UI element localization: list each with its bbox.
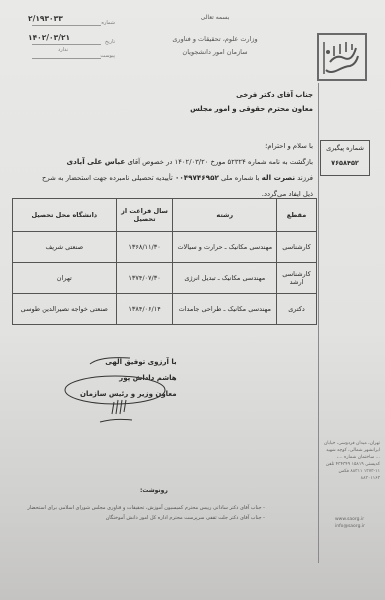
letter-number-label: شماره: [101, 20, 115, 26]
greeting: با سلام و احترام؛: [13, 138, 313, 154]
letter-date: ۱۴۰۲/۰۳/۲۱: [28, 33, 70, 42]
table-header-row: مقطع رشته سال فراغت از تحصیل دانشگاه محل…: [13, 199, 317, 232]
calligraphy-logo-icon: [320, 36, 364, 78]
tracking-number-box: شماره پیگیری ۷۶۵۸۴۵۲: [320, 140, 370, 176]
addressee: جناب آقای دکتر فرخی معاون محترم حقوقی و …: [190, 88, 313, 116]
cc-label: رونوشت:: [140, 487, 168, 494]
header-degree: مقطع: [277, 199, 317, 232]
organization-logo: [317, 33, 367, 81]
letter-body: با سلام و احترام؛ بازگشت به نامه شماره ۵…: [13, 138, 313, 202]
website-link: www.saorg.ir: [335, 516, 365, 523]
body-line-2: فرزند نصرت اله با شماره ملی ۰۰۴۹۷۴۶۹۵۲ ت…: [13, 170, 313, 186]
attachment-row: ندارد پیوست: [20, 47, 115, 59]
letter-date-label: تاریخ: [105, 39, 115, 45]
letter-number-row: ۲/۱۹۳۰۳۳ شماره: [20, 14, 115, 26]
letter-number: ۲/۱۹۳۰۳۳: [28, 14, 63, 23]
tracking-label: شماره پیگیری: [321, 141, 369, 156]
email-link: info@saorg.ir: [335, 523, 365, 530]
organization-name: سازمان امور دانشجویان: [140, 48, 290, 56]
addressee-name: جناب آقای دکتر فرخی: [190, 88, 313, 102]
addressee-title: معاون محترم حقوقی و امور مجلس: [190, 102, 313, 116]
header-field: رشته: [173, 199, 277, 232]
footer-contact: www.saorg.ir info@saorg.ir: [335, 516, 365, 530]
father-name: نصرت اله: [262, 173, 296, 182]
ministry-name: وزارت علوم، تحقیقات و فناوری: [140, 35, 290, 43]
national-id: ۰۰۴۹۷۴۶۹۵۲: [175, 173, 219, 182]
basmala: بسمه تعالی: [140, 14, 290, 21]
education-table: مقطع رشته سال فراغت از تحصیل دانشگاه محل…: [12, 198, 317, 325]
cc-item: - جناب آقای دکتر جلت ثقفی سرپرست محترم ا…: [20, 515, 265, 521]
student-name: عباس علی آبادی: [67, 157, 126, 166]
attachment-value: ندارد: [58, 47, 68, 53]
tracking-number: ۷۶۵۸۴۵۲: [321, 156, 369, 171]
handwritten-signature-icon: [60, 350, 170, 430]
letter-date-row: ۱۴۰۲/۰۳/۲۱ تاریخ: [20, 33, 115, 45]
table-row: دکتری مهندسی مکانیک ـ طراحی جامدات ۱۳۸۴/…: [13, 294, 317, 325]
table-row: کارشناسی مهندسی مکانیک ـ حرارت و سیالات …: [13, 232, 317, 263]
table-row: کارشناسی ارشد مهندسی مکانیک ـ تبدیل انرژ…: [13, 263, 317, 294]
margin-divider: [318, 83, 319, 563]
cc-item: - جناب آقای دکتر ساداتی رییس محترم کمیسی…: [20, 505, 265, 511]
footer-address: تهران، میدان فردوسی، خیابان ایرانشهر شما…: [322, 440, 380, 482]
header-graduation-date: سال فراغت از تحصیل: [116, 199, 173, 232]
header-university: دانشگاه محل تحصیل: [13, 199, 117, 232]
body-line-1: بازگشت به نامه شماره ۵۲۳۲۴ مورخ ۱۴۰۲/۰۳/…: [13, 154, 313, 170]
attachment-label: پیوست: [100, 53, 115, 59]
